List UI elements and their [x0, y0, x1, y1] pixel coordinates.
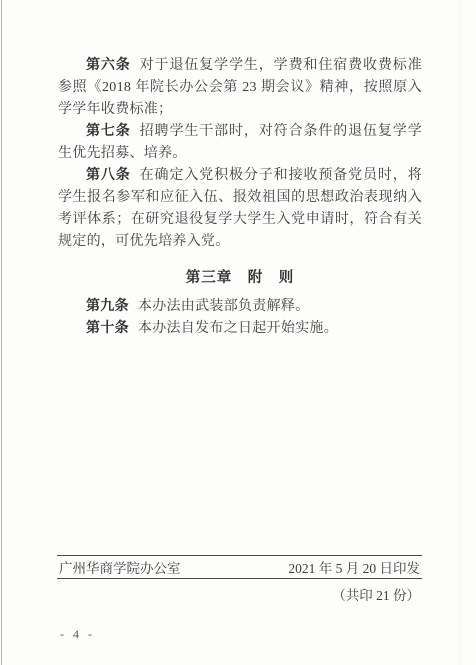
article-6-label: 第六条 [86, 58, 131, 73]
article-7-paragraph: 第七条招聘学生干部时，对符合条件的退伍复学学生优先招募、培养。 [58, 121, 422, 165]
document-footer: 广州华商学院办公室 2021 年 5 月 20 日印发 （共印 21 份） [57, 555, 422, 604]
article-9-paragraph: 第九条本办法由武装部负责解释。 [58, 296, 422, 318]
article-8-label: 第八条 [86, 168, 131, 183]
article-7-label: 第七条 [86, 124, 131, 139]
issuing-office: 广州华商学院办公室 [59, 557, 181, 577]
scan-tint-right [458, 0, 462, 665]
footer-issuer-row: 广州华商学院办公室 2021 年 5 月 20 日印发 [57, 555, 422, 579]
article-10-paragraph: 第十条本办法自发布之日起开始实施。 [58, 318, 422, 340]
article-6-paragraph: 第六条对于退伍复学学生，学费和住宿费收费标准参照《2018 年院长办公会第 23… [58, 55, 422, 121]
article-10-label: 第十条 [86, 321, 129, 336]
page-number: - 4 - [60, 627, 95, 642]
article-10-text: 本办法自发布之日起开始实施。 [138, 321, 338, 336]
print-date: 2021 年 5 月 20 日印发 [288, 557, 420, 577]
document-body: 第六条对于退伍复学学生，学费和住宿费收费标准参照《2018 年院长办公会第 23… [58, 55, 422, 340]
print-copies: （共印 21 份） [57, 584, 422, 604]
article-9-label: 第九条 [86, 299, 129, 314]
document-page: 第六条对于退伍复学学生，学费和住宿费收费标准参照《2018 年院长办公会第 23… [0, 0, 476, 665]
article-9-text: 本办法由武装部负责解释。 [138, 299, 310, 314]
scan-edge-left [1, 0, 2, 665]
article-8-paragraph: 第八条在确定入党积极分子和接收预备党员时，将学生报名参军和应征入伍、报效祖国的思… [58, 165, 422, 253]
chapter-heading: 第三章 附 则 [58, 267, 422, 289]
